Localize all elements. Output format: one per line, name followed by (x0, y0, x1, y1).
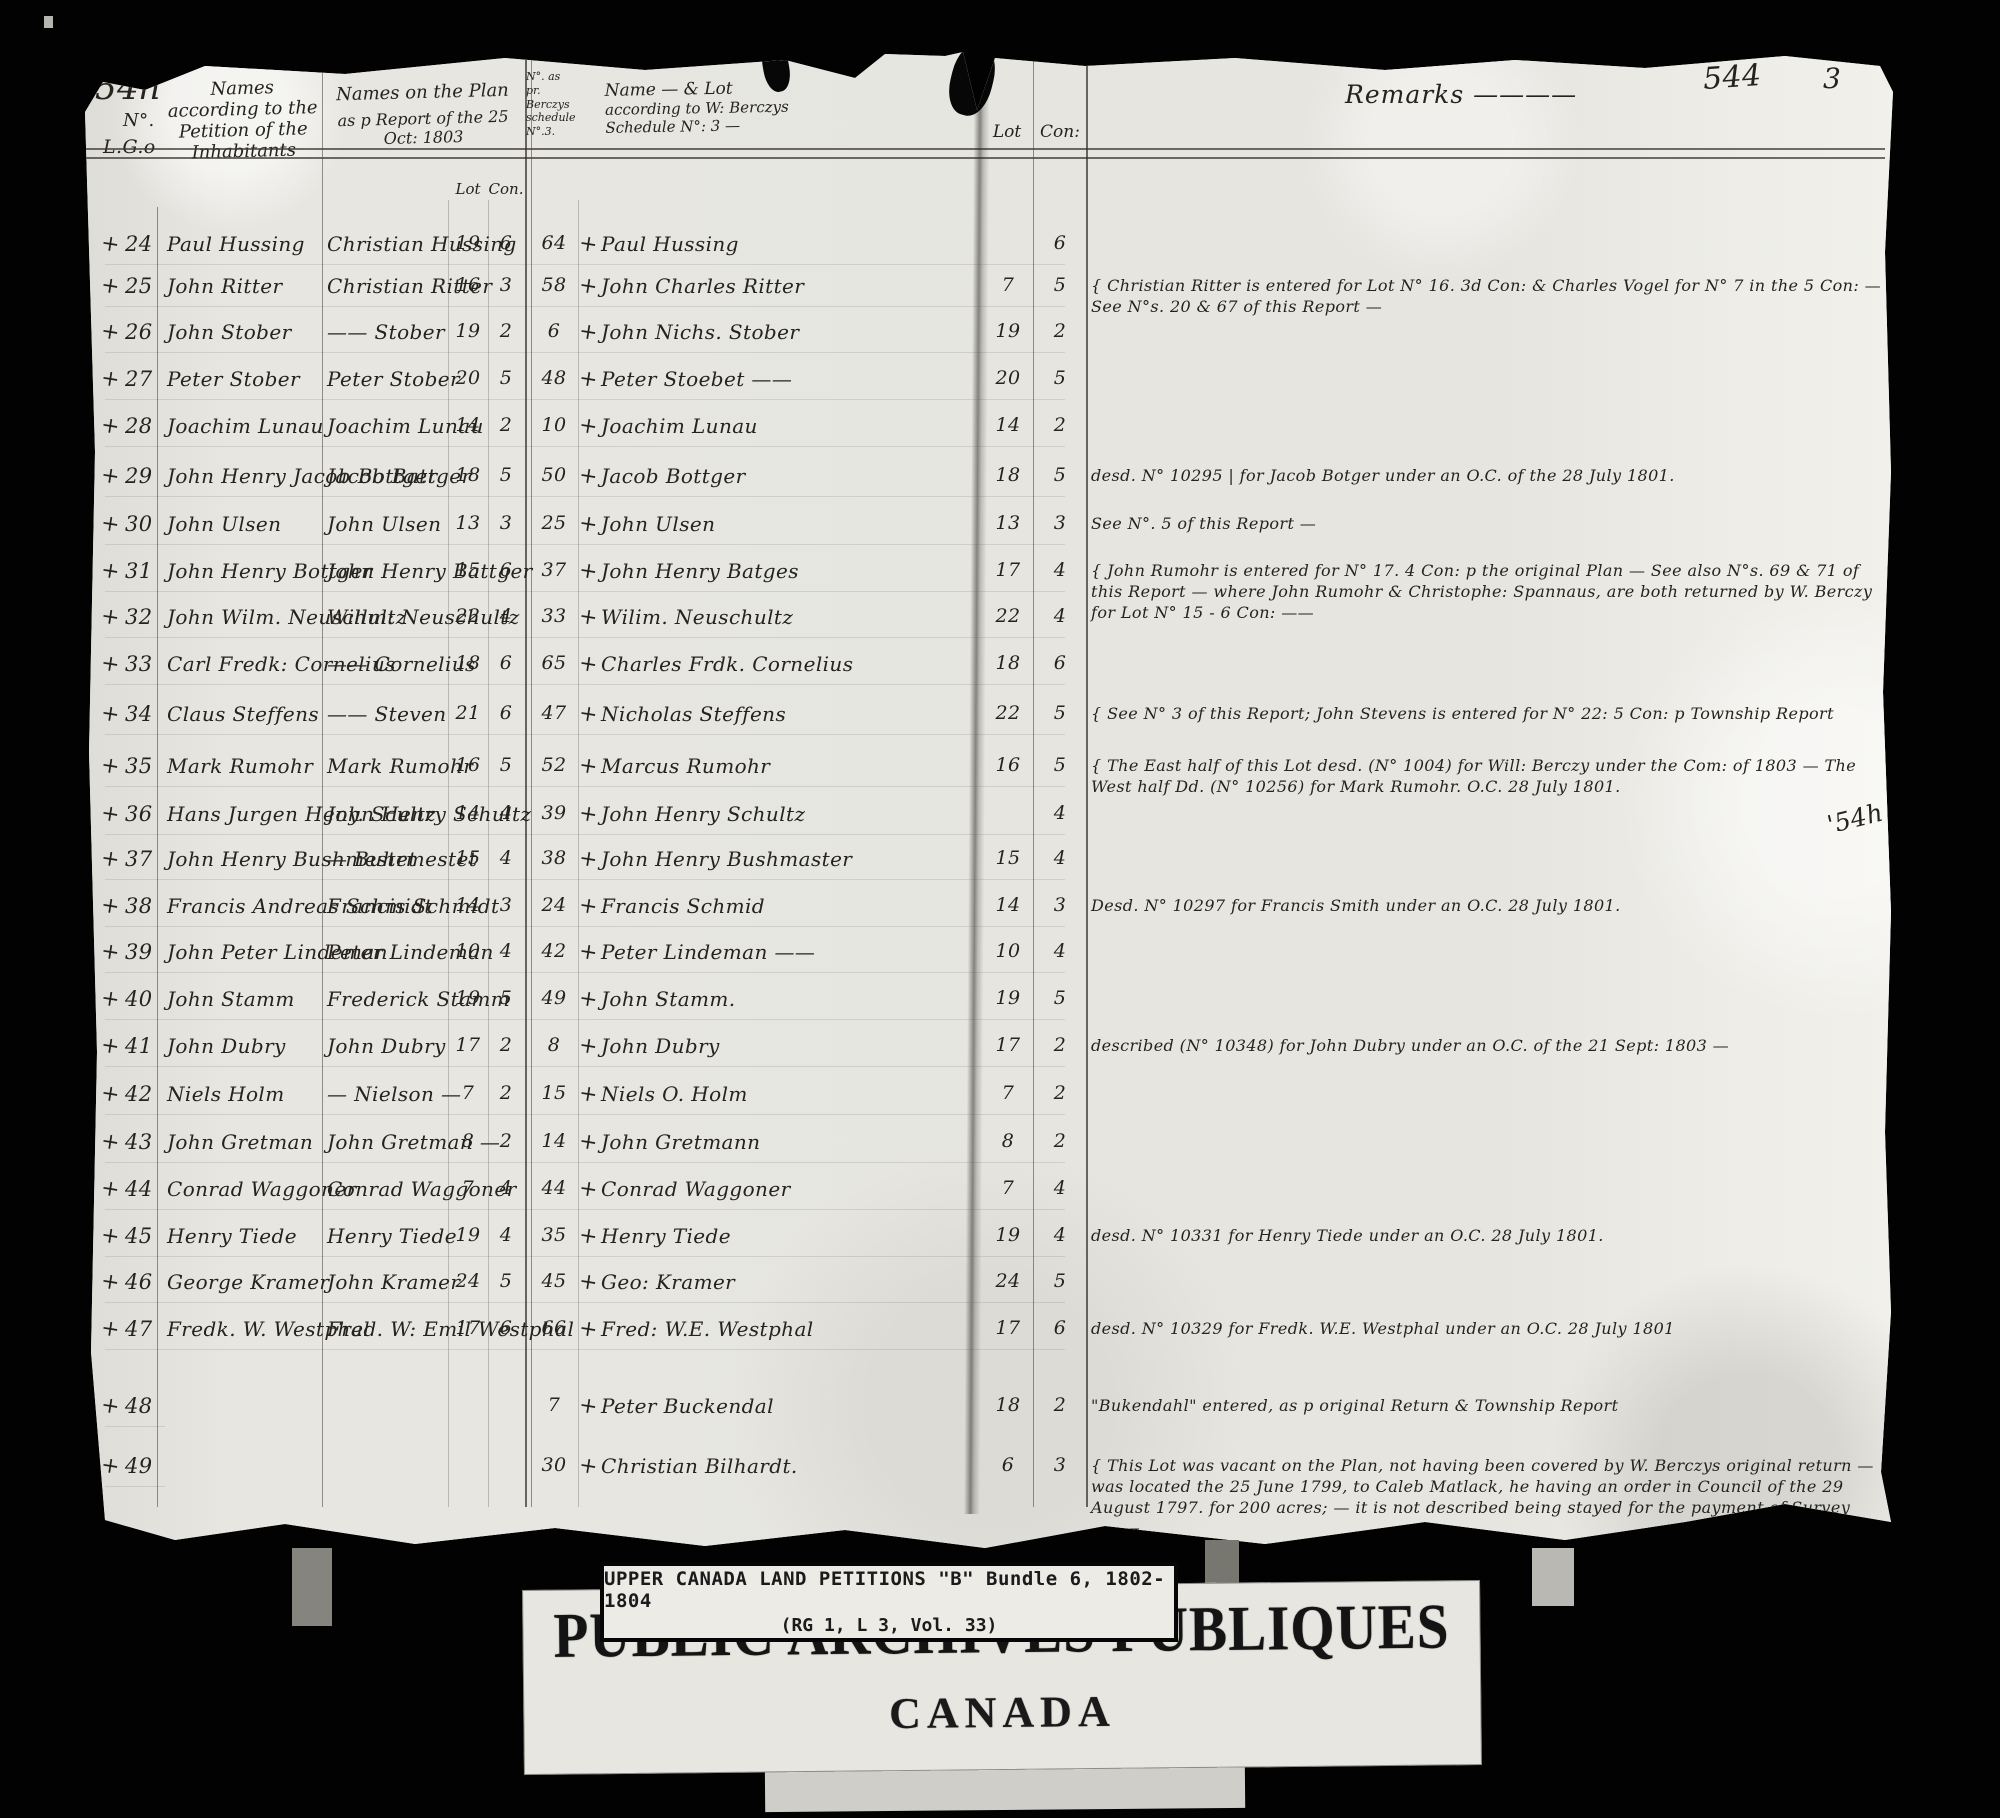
row-guide-line (105, 734, 1065, 735)
row-number: 38 (125, 894, 161, 918)
check-cross: + (577, 753, 601, 781)
con-number: 2 (1036, 1082, 1084, 1104)
check-cross: + (577, 1453, 601, 1481)
petition-name: Mark Rumohr (167, 754, 325, 778)
schedule-name: Wilim. Neuschultz (601, 605, 973, 629)
lot-number: 20 (984, 367, 1032, 389)
con-number: 3 (1036, 512, 1084, 534)
plan-name: Henry Tiede (327, 1224, 451, 1248)
row-number: 46 (125, 1270, 161, 1294)
lot-number: 24 (984, 1270, 1032, 1292)
petition-name: Hans Jurgen Heny. Scultz (167, 802, 325, 826)
schedule-name: John Henry Schultz (601, 802, 973, 826)
check-cross: + (577, 1269, 601, 1297)
plan-lot: 21 (449, 702, 487, 724)
row-number: 35 (125, 754, 161, 778)
check-cross: + (577, 511, 601, 539)
header-plan-names: Names on the Plan as p Report of the 25 … (324, 79, 522, 149)
plan-lot: 19 (449, 232, 487, 254)
row-number: 39 (125, 940, 161, 964)
plan-name: John Dubry (327, 1034, 451, 1058)
schedule-number: 48 (532, 367, 576, 389)
check-cross: + (577, 1316, 601, 1344)
plan-con: 4 (488, 940, 524, 962)
row-guide-line (105, 591, 1065, 592)
header-petition-names: Names according to the Petition of the I… (164, 76, 322, 164)
con-number: 5 (1036, 754, 1084, 776)
row-number: 43 (125, 1130, 161, 1154)
petition-name: John Wilm. Neuschultz (167, 605, 325, 629)
plan-con: 4 (488, 847, 524, 869)
page-code-no: N°. (123, 110, 155, 131)
remark-text: "Bukendahl" entered, as p original Retur… (1091, 1396, 1883, 1417)
schedule-number: 15 (532, 1082, 576, 1104)
lot-number: 22 (984, 605, 1032, 627)
petition-name: Conrad Waggoner (167, 1177, 325, 1201)
row-guide-line (105, 684, 1065, 685)
schedule-name: Peter Lindeman —— (601, 940, 973, 964)
plan-lot: 14 (449, 414, 487, 436)
schedule-name: Fred: W.E. Westphal (601, 1317, 973, 1341)
table-row: + 31 John Henry Bottger John Henry Battg… (85, 557, 1885, 603)
plan-lot: 18 (449, 652, 487, 674)
remark-text: See N°. 5 of this Report — (1091, 514, 1883, 535)
plan-con: 2 (488, 1130, 524, 1152)
plan-con: 6 (488, 232, 524, 254)
plan-con: 5 (488, 464, 524, 486)
lot-number: 18 (984, 652, 1032, 674)
plan-name: Willm: Neuschultz (327, 605, 451, 629)
schedule-number: 33 (532, 605, 576, 627)
row-number: 36 (125, 802, 161, 826)
row-number: 37 (125, 847, 161, 871)
table-row: + 33 Carl Fredk: Cornelius —— Cornelius … (85, 650, 1885, 696)
row-number: 47 (125, 1317, 161, 1341)
row-guide-line (105, 786, 1065, 787)
schedule-number: 65 (532, 652, 576, 674)
plan-name: Peter Stober (327, 367, 451, 391)
plan-name: John Kramer (327, 1270, 451, 1294)
check-cross: + (577, 651, 601, 679)
table-row: + 36 Hans Jurgen Heny. Scultz John Henry… (85, 800, 1885, 846)
check-cross: + (99, 230, 125, 258)
table-row: + 30 John Ulsen John Ulsen 13 3 25 + Joh… (85, 510, 1885, 556)
remark-text: { The East half of this Lot desd. (N° 10… (1091, 756, 1883, 798)
lot-number: 19 (984, 987, 1032, 1009)
check-cross: + (99, 700, 125, 728)
plan-lot: 19 (449, 1224, 487, 1246)
plan-name: —— Stober (327, 320, 451, 344)
con-number: 5 (1036, 987, 1084, 1009)
schedule-name: Conrad Waggoner (601, 1177, 973, 1201)
schedule-number: 64 (532, 232, 576, 254)
plan-lot: 20 (449, 367, 487, 389)
check-cross: + (99, 272, 125, 300)
petition-name: John Gretman (167, 1130, 325, 1154)
check-cross: + (99, 365, 125, 393)
plan-name: John Henry Schultz (327, 802, 451, 826)
check-cross: + (577, 846, 601, 874)
table-row: + 27 Peter Stober Peter Stober 20 5 48 +… (85, 365, 1885, 411)
schedule-number: 25 (532, 512, 576, 534)
plan-name: —— Cornelius (327, 652, 451, 676)
con-number: 5 (1036, 464, 1084, 486)
check-cross: + (99, 1222, 125, 1250)
schedule-number: 66 (532, 1317, 576, 1339)
schedule-number: 50 (532, 464, 576, 486)
table-row: + 37 John Henry Bushmestet — Buhrmestet … (85, 845, 1885, 891)
plan-con: 4 (488, 605, 524, 627)
check-cross: + (99, 1392, 125, 1420)
con-number: 4 (1036, 802, 1084, 824)
archive-reference-label: UPPER CANADA LAND PETITIONS "B" Bundle 6… (600, 1562, 1178, 1642)
check-cross: + (577, 1033, 601, 1061)
schedule-number: 6 (532, 320, 576, 342)
check-cross: + (99, 1128, 125, 1156)
check-cross: + (99, 510, 125, 538)
row-number: 30 (125, 512, 161, 536)
remark-text: desd. N° 10331 for Henry Tiede under an … (1091, 1226, 1883, 1247)
con-number: 2 (1036, 1034, 1084, 1056)
page-code-top-right: 544 (1702, 58, 1763, 97)
plan-lot: 19 (449, 987, 487, 1009)
table-row: + 26 John Stober —— Stober 19 2 6 + John… (85, 318, 1885, 364)
check-cross: + (577, 893, 601, 921)
schedule-name: Marcus Rumohr (601, 754, 973, 778)
lot-number: 17 (984, 1034, 1032, 1056)
schedule-name: Niels O. Holm (601, 1082, 973, 1106)
schedule-name: Christian Bilhardt. (601, 1454, 973, 1478)
schedule-name: John Ulsen (601, 512, 973, 536)
header-petition-line1: Names according to the (164, 76, 321, 122)
schedule-name: John Henry Bushmaster (601, 847, 973, 871)
schedule-name: Geo: Kramer (601, 1270, 973, 1294)
plan-con: 6 (488, 702, 524, 724)
plan-name: — Buhrmestet (327, 847, 451, 871)
table-row: + 34 Claus Steffens —— Steven 21 6 47 + … (85, 700, 1885, 746)
petition-name: John Henry Jacob Bottger (167, 464, 325, 488)
petition-name: Joachim Lunau (167, 414, 325, 438)
plan-lot: 17 (449, 1317, 487, 1339)
check-cross: + (99, 462, 125, 490)
lot-number: 18 (984, 1394, 1032, 1416)
row-guide-line (105, 1256, 1065, 1257)
lot-number: 15 (984, 847, 1032, 869)
check-cross: + (99, 752, 125, 780)
plan-lot: 15 (449, 559, 487, 581)
header-plan-line2: as p Report of the 25 Oct: 1803 (325, 106, 522, 149)
petition-name: Niels Holm (167, 1082, 325, 1106)
remark-text: described (N° 10348) for John Dubry unde… (1091, 1036, 1883, 1057)
check-cross: + (577, 463, 601, 491)
row-number: 49 (125, 1454, 161, 1478)
plan-con: 6 (488, 559, 524, 581)
row-number: 44 (125, 1177, 161, 1201)
schedule-number: 49 (532, 987, 576, 1009)
check-cross: + (99, 1268, 125, 1296)
row-guide-line (105, 834, 1065, 835)
row-number: 25 (125, 274, 161, 298)
con-number: 3 (1036, 894, 1084, 916)
lot-number: 14 (984, 414, 1032, 436)
row-guide-line (105, 1162, 1065, 1163)
check-cross: + (577, 273, 601, 301)
schedule-name: Peter Buckendal (601, 1394, 973, 1418)
plan-lot: 19 (449, 320, 487, 342)
schedule-name: Jacob Bottger (601, 464, 973, 488)
page-code-sub: L.G.o (103, 136, 156, 158)
schedule-name: Peter Stoebet —— (601, 367, 973, 391)
row-number: 32 (125, 605, 161, 629)
schedule-number: 47 (532, 702, 576, 724)
plan-con: 3 (488, 274, 524, 296)
lot-number: 7 (984, 274, 1032, 296)
plan-lot: 10 (449, 940, 487, 962)
microfilm-scan: { "marginalia": { "top_left_code": "54h"… (0, 0, 2000, 1818)
lot-number: 7 (984, 1177, 1032, 1199)
lot-number: 17 (984, 1317, 1032, 1339)
row-number: 33 (125, 652, 161, 676)
schedule-number: 30 (532, 1454, 576, 1476)
table-row: + 29 John Henry Jacob Bottger Jacob Batt… (85, 462, 1885, 508)
remark-text: desd. N° 10295 | for Jacob Botger under … (1091, 466, 1883, 487)
check-cross: + (577, 939, 601, 967)
con-number: 5 (1036, 1270, 1084, 1292)
petition-name: John Henry Bushmestet (167, 847, 325, 871)
row-number: 27 (125, 367, 161, 391)
header-plan-line1: Names on the Plan (324, 79, 520, 105)
con-number: 4 (1036, 1224, 1084, 1246)
table-row: + 47 Fredk. W. Westphal Fred. W: Emil We… (85, 1315, 1885, 1361)
table-row: + 28 Joachim Lunau Joachim Lunau 14 2 10… (85, 412, 1885, 458)
plan-name: John Ulsen (327, 512, 451, 536)
row-number: 40 (125, 987, 161, 1011)
check-cross: + (99, 938, 125, 966)
check-cross: + (99, 412, 125, 440)
plan-lot: 16 (449, 754, 487, 776)
lot-number: 22 (984, 702, 1032, 724)
schedule-name: Joachim Lunau (601, 414, 973, 438)
schedule-number: 8 (532, 1034, 576, 1056)
petition-name: Fredk. W. Westphal (167, 1317, 325, 1341)
check-cross: + (577, 1081, 601, 1109)
petition-name: John Stamm (167, 987, 325, 1011)
paper-fragment (292, 1548, 332, 1626)
check-cross: + (99, 603, 125, 631)
schedule-name: Paul Hussing (601, 232, 973, 256)
plan-con: 2 (488, 1082, 524, 1104)
lot-number: 17 (984, 559, 1032, 581)
petition-name: George Kramer (167, 1270, 325, 1294)
plan-name: John Henry Battger (327, 559, 451, 583)
plan-con: 2 (488, 414, 524, 436)
plan-lot: 18 (449, 464, 487, 486)
film-speck (44, 16, 53, 28)
schedule-name: Francis Schmid (601, 894, 973, 918)
lot-number: 18 (984, 464, 1032, 486)
schedule-number: 39 (532, 802, 576, 824)
row-number: 42 (125, 1082, 161, 1106)
check-cross: + (577, 558, 601, 586)
subheader-plan-lot: Lot (449, 180, 487, 198)
plan-con: 2 (488, 1034, 524, 1056)
petition-name: Carl Fredk: Cornelius (167, 652, 325, 676)
petition-name: John Peter Lindeman (167, 940, 325, 964)
con-number: 6 (1036, 1317, 1084, 1339)
plan-name: —— Steven (327, 702, 451, 726)
plan-lot: 8 (449, 1130, 487, 1152)
row-guide-line (105, 496, 1065, 497)
lot-number: 8 (984, 1130, 1032, 1152)
row-number: 41 (125, 1034, 161, 1058)
page-number: 3 (1823, 62, 1841, 95)
petition-name: Paul Hussing (167, 232, 325, 256)
row-number: 26 (125, 320, 161, 344)
check-cross: + (577, 1223, 601, 1251)
schedule-number: 38 (532, 847, 576, 869)
schedule-name: John Dubry (601, 1034, 973, 1058)
schedule-number: 42 (532, 940, 576, 962)
table-row: + 35 Mark Rumohr Mark Rumohr 16 5 52 + M… (85, 752, 1885, 798)
plan-con: 6 (488, 1317, 524, 1339)
petition-name: Francis Andreas Schmidt (167, 894, 325, 918)
con-number: 2 (1036, 320, 1084, 342)
con-number: 4 (1036, 559, 1084, 581)
plan-lot: 22 (449, 605, 487, 627)
plan-lot: 7 (449, 1177, 487, 1199)
header-schedule-number: N°. as pr. Berczys schedule N°.3. (526, 70, 578, 139)
petition-name: John Stober (167, 320, 325, 344)
check-cross: + (99, 1032, 125, 1060)
petition-name: John Ritter (167, 274, 325, 298)
plan-con: 4 (488, 802, 524, 824)
check-cross: + (577, 801, 601, 829)
archive-reference-line2: (RG 1, L 3, Vol. 33) (781, 1615, 998, 1636)
con-number: 3 (1036, 1454, 1084, 1476)
check-cross: + (99, 1315, 125, 1343)
plan-name: John Gretman — (327, 1130, 451, 1154)
check-cross: + (577, 366, 601, 394)
table-row: + 49 30 + Christian Bilhardt. 6 3 { This… (85, 1452, 1885, 1498)
schedule-name: Henry Tiede (601, 1224, 973, 1248)
remark-text: Desd. N° 10297 for Francis Smith under a… (1091, 896, 1883, 917)
lot-number: 19 (984, 1224, 1032, 1246)
con-number: 5 (1036, 702, 1084, 724)
check-cross: + (99, 650, 125, 678)
schedule-number: 24 (532, 894, 576, 916)
row-guide-line (105, 399, 1065, 400)
plan-name: Francis Schmidt (327, 894, 451, 918)
petition-name: Claus Steffens (167, 702, 325, 726)
plan-lot: 24 (449, 1270, 487, 1292)
check-cross: + (577, 986, 601, 1014)
row-guide-line (105, 1066, 1065, 1067)
row-guide-line (105, 1486, 165, 1487)
row-number: 28 (125, 414, 161, 438)
con-number: 4 (1036, 847, 1084, 869)
table-row: + 25 John Ritter Christian Ritter 16 3 5… (85, 272, 1885, 318)
row-guide-line (105, 544, 1065, 545)
con-number: 5 (1036, 274, 1084, 296)
table-row: + 42 Niels Holm — Nielson — 7 2 15 + Nie… (85, 1080, 1885, 1126)
header-con: Con: (1034, 122, 1086, 142)
plan-con: 5 (488, 367, 524, 389)
schedule-number: 10 (532, 414, 576, 436)
check-cross: + (99, 1452, 125, 1480)
table-row: + 24 Paul Hussing Christian Hussing 19 6… (85, 230, 1885, 276)
plan-con: 3 (488, 894, 524, 916)
lot-number: 6 (984, 1454, 1032, 1476)
schedule-name: John Gretmann (601, 1130, 973, 1154)
plan-con: 5 (488, 1270, 524, 1292)
row-number: 45 (125, 1224, 161, 1248)
remark-text: { See N° 3 of this Report; John Stevens … (1091, 704, 1883, 725)
table-row: + 46 George Kramer John Kramer 24 5 45 +… (85, 1268, 1885, 1314)
plan-name: Peter Lindeman (327, 940, 451, 964)
plan-name: Frederick Stamm (327, 987, 451, 1011)
remark-text: desd. N° 10329 for Fredk. W.E. Westphal … (1091, 1319, 1883, 1340)
table-row: + 40 John Stamm Frederick Stamm 19 5 49 … (85, 985, 1885, 1031)
plan-lot: 14 (449, 894, 487, 916)
row-guide-line (105, 264, 1065, 265)
row-number: 29 (125, 464, 161, 488)
check-cross: + (99, 1080, 125, 1108)
plan-con: 5 (488, 754, 524, 776)
check-cross: + (99, 800, 125, 828)
plan-con: 4 (488, 1224, 524, 1246)
check-cross: + (99, 557, 125, 585)
schedule-name: John Stamm. (601, 987, 973, 1011)
paper-fragment (1205, 1540, 1239, 1586)
plan-name: Mark Rumohr (327, 754, 451, 778)
row-guide-line (105, 637, 1065, 638)
con-number: 4 (1036, 605, 1084, 627)
schedule-number: 45 (532, 1270, 576, 1292)
plan-lot: 15 (449, 847, 487, 869)
plan-name: Christian Hussing (327, 232, 451, 256)
schedule-name: John Henry Batges (601, 559, 973, 583)
check-cross: + (99, 318, 125, 346)
check-cross: + (577, 1129, 601, 1157)
table-row: + 48 7 + Peter Buckendal 18 2 "Bukendahl… (85, 1392, 1885, 1438)
check-cross: + (99, 1175, 125, 1203)
row-guide-line (105, 1349, 1065, 1350)
lot-number: 10 (984, 940, 1032, 962)
row-guide-line (105, 972, 1065, 973)
plan-name: Christian Ritter (327, 274, 451, 298)
petition-name: John Henry Bottger (167, 559, 325, 583)
check-cross: + (577, 319, 601, 347)
plan-con: 2 (488, 320, 524, 342)
schedule-number: 7 (532, 1394, 576, 1416)
con-number: 6 (1036, 652, 1084, 674)
table-row: + 32 John Wilm. Neuschultz Willm: Neusch… (85, 603, 1885, 649)
schedule-number: 35 (532, 1224, 576, 1246)
plan-lot: 13 (449, 512, 487, 534)
check-cross: + (577, 231, 601, 259)
row-number: 31 (125, 559, 161, 583)
document-page: 54h N°. L.G.o 544 3 '54h Names according… (85, 52, 1893, 1554)
archive-stamp-country: CANADA (523, 1682, 1481, 1743)
check-cross: + (577, 1393, 601, 1421)
row-guide-line (105, 1302, 1065, 1303)
plan-con: 6 (488, 652, 524, 674)
row-guide-line (105, 1426, 165, 1427)
con-number: 2 (1036, 1394, 1084, 1416)
header-remarks: Remarks ———— (1345, 80, 1577, 109)
plan-con: 5 (488, 987, 524, 1009)
row-number: 34 (125, 702, 161, 726)
